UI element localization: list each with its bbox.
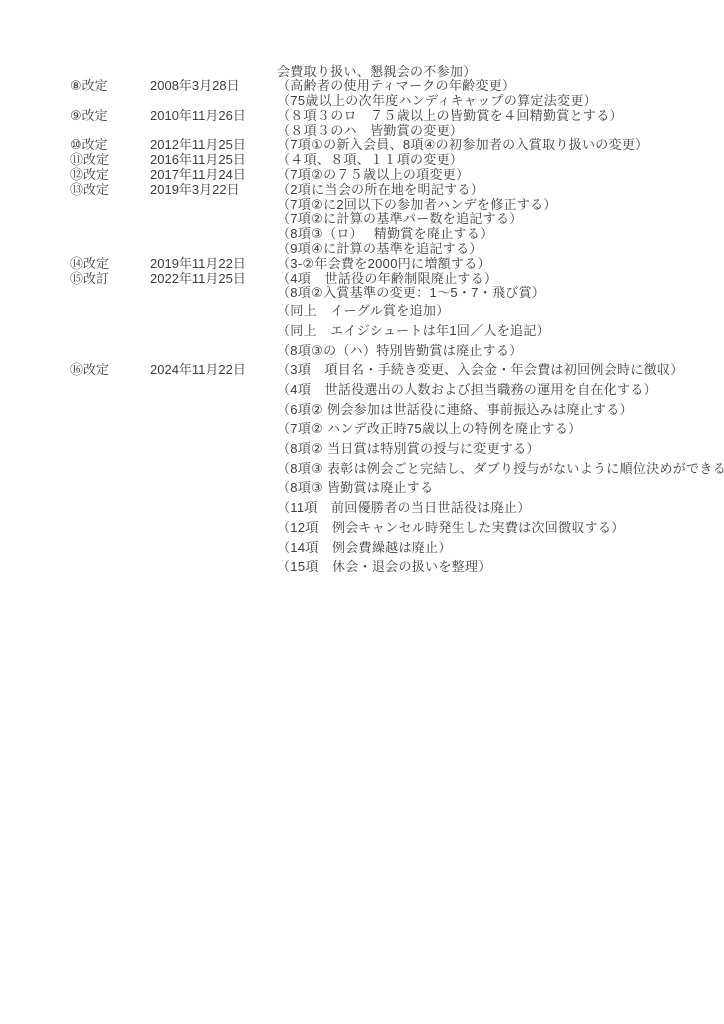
revision-row: （4項 世話役選出の人数および担当職務の運用を自在化する） <box>70 380 714 400</box>
revision-row: ⑮改訂 2022年11月25日 （4項 世話役の年齢制限廃止する） <box>70 272 714 287</box>
revision-row: （同上 イーグル賞を追加） <box>70 301 714 321</box>
revision-row: ⑭改定 2019年11月22日 （3-②年会費を2000円に増額する） <box>70 257 714 272</box>
revision-number-label: ⑩改定 <box>70 138 150 153</box>
revision-description: （3-②年会費を2000円に増額する） <box>277 257 714 272</box>
revision-date: 2016年11月25日 <box>150 153 277 168</box>
revision-row: （6項② 例会参加は世話役に連絡、事前振込みは廃止する） <box>70 400 714 420</box>
revision-description: （高齢者の使用ティマークの年齢変更） <box>277 79 714 94</box>
revision-date: 2019年11月22日 <box>150 257 277 272</box>
revision-description: （7項②に2回以下の参加者ハンデを修正する） <box>277 198 714 213</box>
revision-row: ⑯改定 2024年11月22日 （3項 項目名・手続き変更、入会金・年会費は初回… <box>70 360 714 380</box>
revision-description: （7項② ハンデ改正時75歳以上の特例を廃止する） <box>277 419 714 439</box>
revision-row: （11項 前回優勝者の当日世話役は廃止） <box>70 498 714 518</box>
revision-description: （75歳以上の次年度ハンディキャップの算定法変更） <box>277 94 714 109</box>
revision-row: （8項③の（ハ）特別皆勤賞は廃止する） <box>70 341 714 361</box>
revision-description: （８項３のハ 皆勤賞の変更） <box>277 124 714 139</box>
revision-row: （8項③ 皆勤賞は廃止する <box>70 478 714 498</box>
revision-description: （7項①の新入会員、8項④の初参加者の入賞取り扱いの変更） <box>277 138 714 153</box>
revision-description: （11項 前回優勝者の当日世話役は廃止） <box>277 498 714 518</box>
revision-row: （8項② 当日賞は特別賞の授与に変更する） <box>70 439 714 459</box>
revision-description: （6項② 例会参加は世話役に連絡、事前振込みは廃止する） <box>277 400 714 420</box>
revision-row: （8項②入賞基準の変更：1～5・7・飛び賞） <box>70 286 714 301</box>
revision-date: 2017年11月24日 <box>150 168 277 183</box>
revision-row: （8項③ 表彰は例会ごと完結し、ダブり授与がないように順位決めができる） <box>70 459 714 479</box>
revision-row: （同上 エイジシュートは年1回／人を追記） <box>70 321 714 341</box>
revision-description: （４項、８項、１１項の変更） <box>277 153 714 168</box>
revision-number-label: ⑫改定 <box>70 168 150 183</box>
revision-description: （7項②の７５歳以上の項変更） <box>277 168 714 183</box>
revision-number-label: ⑧改定 <box>70 79 150 94</box>
revision-description: （８項３のロ ７５歳以上の皆勤賞を４回精勤賞とする） <box>277 109 714 124</box>
revision-row: （75歳以上の次年度ハンディキャップの算定法変更） <box>70 94 714 109</box>
revision-description: （8項③ 表彰は例会ごと完結し、ダブり授与がないように順位決めができる） <box>277 459 724 479</box>
revision-row: （7項② ハンデ改正時75歳以上の特例を廃止する） <box>70 419 714 439</box>
revision-description: 会費取り扱い、懇親会の不参加） <box>277 65 714 80</box>
revision-description: （12項 例会キャンセル時発生した実費は次回徴収する） <box>277 518 714 538</box>
revision-description: （8項③ 皆勤賞は廃止する <box>277 478 714 498</box>
revision-description: （同上 エイジシュートは年1回／人を追記） <box>277 321 714 341</box>
revision-row: （14項 例会費繰越は廃止） <box>70 538 714 558</box>
revision-date: 2024年11月22日 <box>150 360 277 380</box>
revision-row: （８項３のハ 皆勤賞の変更） <box>70 124 714 139</box>
revision-row: 会費取り扱い、懇親会の不参加） <box>70 65 714 80</box>
revision-description: （9項④に計算の基準を追記する） <box>277 242 714 257</box>
revision-description: （2項に当会の所在地を明記する） <box>277 183 714 198</box>
revision-row: （8項③（ロ） 精勤賞を廃止する） <box>70 227 714 242</box>
revision-description: （8項③の（ハ）特別皆勤賞は廃止する） <box>277 341 714 361</box>
revision-row: ⑬改定 2019年3月22日 （2項に当会の所在地を明記する） <box>70 183 714 198</box>
revision-description: （8項② 当日賞は特別賞の授与に変更する） <box>277 439 714 459</box>
revision-date: 2010年11月26日 <box>150 109 277 124</box>
revision-description: （8項②入賞基準の変更：1～5・7・飛び賞） <box>277 286 714 301</box>
revision-row: （7項②に計算の基準パー数を追記する） <box>70 212 714 227</box>
revision-number-label: ⑨改定 <box>70 109 150 124</box>
revision-row: （12項 例会キャンセル時発生した実費は次回徴収する） <box>70 518 714 538</box>
revision-row: ⑫改定 2017年11月24日 （7項②の７５歳以上の項変更） <box>70 168 714 183</box>
document-page: 会費取り扱い、懇親会の不参加） ⑧改定 2008年3月28日 （高齢者の使用ティ… <box>0 0 724 1024</box>
revision-description: （3項 項目名・手続き変更、入会金・年会費は初回例会時に徴収） <box>277 360 714 380</box>
revision-row: ⑪改定 2016年11月25日 （４項、８項、１１項の変更） <box>70 153 714 168</box>
revision-description: （4項 世話役の年齢制限廃止する） <box>277 272 714 287</box>
revision-date: 2008年3月28日 <box>150 79 277 94</box>
revision-row: ⑩改定 2012年11月25日 （7項①の新入会員、8項④の初参加者の入賞取り扱… <box>70 138 714 153</box>
revision-description: （15項 休会・退会の扱いを整理） <box>277 557 714 577</box>
revision-description: （14項 例会費繰越は廃止） <box>277 538 714 558</box>
revision-number-label: ⑯改定 <box>70 360 150 380</box>
revision-row: （9項④に計算の基準を追記する） <box>70 242 714 257</box>
revision-description: （7項②に計算の基準パー数を追記する） <box>277 212 714 227</box>
revision-row: ⑨改定 2010年11月26日 （８項３のロ ７５歳以上の皆勤賞を４回精勤賞とす… <box>70 109 714 124</box>
revision-description: （同上 イーグル賞を追加） <box>277 301 714 321</box>
revision-description: （8項③（ロ） 精勤賞を廃止する） <box>277 227 714 242</box>
revision-date: 2012年11月25日 <box>150 138 277 153</box>
revision-number-label: ⑭改定 <box>70 257 150 272</box>
revision-number-label: ⑬改定 <box>70 183 150 198</box>
revision-date: 2019年3月22日 <box>150 183 277 198</box>
revision-date: 2022年11月25日 <box>150 272 277 287</box>
revision-number-label: ⑮改訂 <box>70 272 150 287</box>
revision-row: （7項②に2回以下の参加者ハンデを修正する） <box>70 198 714 213</box>
revision-number-label: ⑪改定 <box>70 153 150 168</box>
revision-row: （15項 休会・退会の扱いを整理） <box>70 557 714 577</box>
revision-row: ⑧改定 2008年3月28日 （高齢者の使用ティマークの年齢変更） <box>70 79 714 94</box>
revision-description: （4項 世話役選出の人数および担当職務の運用を自在化する） <box>277 380 714 400</box>
revision-history-list: 会費取り扱い、懇親会の不参加） ⑧改定 2008年3月28日 （高齢者の使用ティ… <box>70 65 714 577</box>
